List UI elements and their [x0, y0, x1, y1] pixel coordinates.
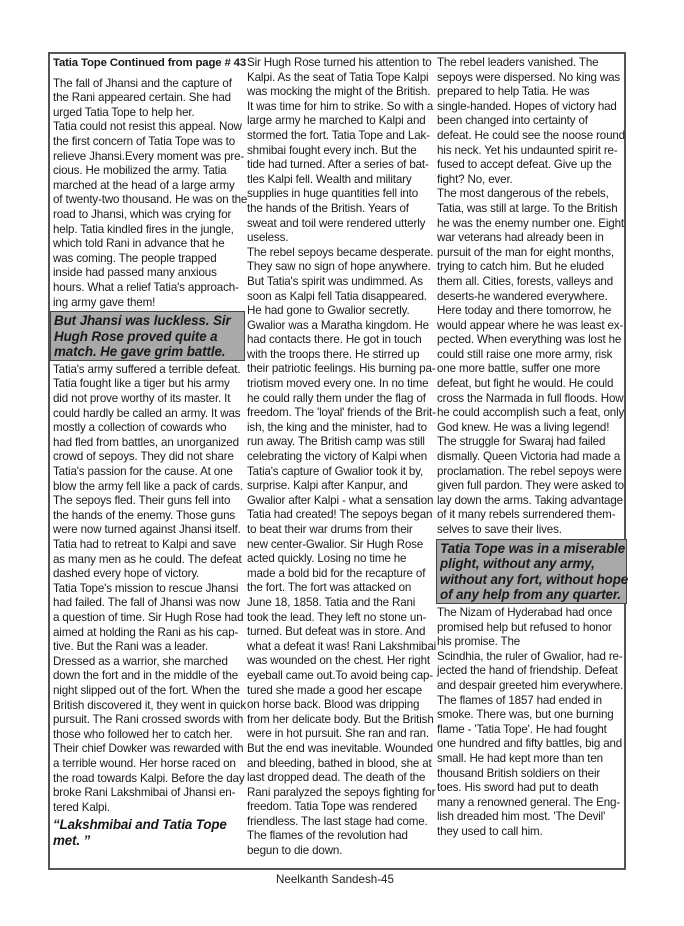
text-line: inside had passed many anxious: [53, 266, 245, 281]
text-line: mostly a collection of cowards who: [53, 421, 245, 436]
text-line: relieve Jhansi.Every moment was pre-: [53, 150, 245, 165]
text-line: The struggle for Swaraj had failed: [437, 435, 625, 450]
text-line: “Lakshmibai and Tatia Tope: [53, 817, 245, 833]
text-line: Tatia could not resist this appeal. Now: [53, 120, 245, 135]
text-line: The most dangerous of the rebels,: [437, 187, 625, 202]
text-line: soon as Kalpi fell Tatia disappeared.: [247, 290, 434, 305]
text-line: shmibai fought every inch. But the: [247, 144, 434, 159]
text-line: acted quickly. Losing no time he: [247, 552, 434, 567]
text-line: But Tatia's spirit was undimmed. As: [247, 275, 434, 290]
text-line: jected the hand of friendship. Defeat: [437, 664, 625, 679]
text-line: did not prove worthy of its master. It: [53, 392, 245, 407]
text-line: night slipped out of the fort. When the: [53, 684, 245, 699]
text-line: defeat, but fight he would. He could: [437, 377, 625, 392]
text-line: freedom. The 'loyal' friends of the Brit…: [247, 406, 434, 421]
text-line: help. Tatia kindled fires in the jungle,: [53, 223, 245, 238]
text-line: could hardly be called an army. It was: [53, 407, 245, 422]
text-line: given full pardon. They were asked to: [437, 479, 625, 494]
text-line: tles Kalpi fell. Wealth and military: [247, 173, 434, 188]
text-line: ish, the king and the minister, had to: [247, 421, 434, 436]
text-line: the hands of the enemy. Those guns: [53, 509, 245, 524]
text-line: tured she made a good her escape: [247, 684, 434, 699]
col2-body: Sir Hugh Rose turned his attention toKal…: [247, 56, 434, 859]
column-2: Sir Hugh Rose turned his attention toKal…: [247, 56, 434, 859]
text-line: and despair greeted him everywhere.: [437, 679, 625, 694]
text-line: trying to catch him. But he eluded: [437, 260, 625, 275]
text-line: was mocking the might of the British.: [247, 85, 434, 100]
text-line: dismally. Queen Victoria had made a: [437, 450, 625, 465]
text-line: last dropped dead. The death of the: [247, 771, 434, 786]
text-line: thousand British soldiers on their: [437, 767, 625, 782]
pull-quote-jhansi: But Jhansi was luckless. SirHugh Rose pr…: [50, 311, 245, 361]
text-line: Scindhia, the ruler of Gwalior, had re-: [437, 650, 625, 665]
text-line: The flames of 1857 had ended in: [437, 694, 625, 709]
text-line: and bleeding, bathed in blood, she at: [247, 757, 434, 772]
text-line: had fled from battles, an unorganized: [53, 436, 245, 451]
text-line: It was time for him to strike. So with a: [247, 100, 434, 115]
text-line: Tatia Tope was in a miserable: [440, 541, 623, 557]
text-line: flame - 'Tatia Tope'. He had fought: [437, 723, 625, 738]
text-line: triotism moved every one. In no time: [247, 377, 434, 392]
text-line: Tatia, was still at large. To the Britis…: [437, 202, 625, 217]
column-3: The rebel leaders vanished. Thesepoys we…: [437, 56, 625, 839]
text-line: cross the Narmada in full floods. How: [437, 392, 625, 407]
text-line: were now turned against Jhansi itself.: [53, 523, 245, 538]
text-line: on horse back. Blood was dripping: [247, 698, 434, 713]
text-line: blow the army fell like a pack of cards.: [53, 480, 245, 495]
text-line: But the end was inevitable. Wounded: [247, 742, 434, 757]
text-line: small. He had kept more than ten: [437, 752, 625, 767]
text-line: June 18, 1858. Tatia and the Rani: [247, 596, 434, 611]
text-line: supplies in huge quantities fell into: [247, 187, 434, 202]
text-line: toes. His sword had put to death: [437, 781, 625, 796]
text-line: his neck. Yet his undaunted spirit re-: [437, 144, 625, 159]
text-line: lay down the arms. Taking advantage: [437, 494, 625, 509]
text-line: sepoys were dispersed. No king was: [437, 71, 625, 86]
text-line: tive. But the Rani was a leader.: [53, 640, 245, 655]
text-line: with the troops there. He stirred up: [247, 348, 434, 363]
text-line: made a bold bid for the recapture of: [247, 567, 434, 582]
col3-body-a: The rebel leaders vanished. Thesepoys we…: [437, 56, 625, 538]
text-line: The flames of the revolution had: [247, 829, 434, 844]
text-line: without any fort, without hope: [440, 572, 623, 588]
text-line: his promise. The: [437, 635, 625, 650]
text-line: British discovered it, they went in quic…: [53, 699, 245, 714]
text-line: friendless. The last stage had come.: [247, 815, 434, 830]
page-footer: Neelkanth Sandesh-45: [276, 873, 394, 886]
text-line: They saw no sign of hope anywhere.: [247, 260, 434, 275]
text-line: lish dreaded him most. 'The Devil': [437, 810, 625, 825]
text-line: one more battle, suffer one more: [437, 362, 625, 377]
text-line: Here today and there tomorrow, he: [437, 304, 625, 319]
text-line: the hands of the British. Years of: [247, 202, 434, 217]
text-line: plight, without any army,: [440, 556, 623, 572]
text-line: were in hot pursuit. She ran and ran.: [247, 727, 434, 742]
text-line: turned. But defeat was in store. And: [247, 625, 434, 640]
text-line: he was the enemy number one. Eight: [437, 217, 625, 232]
text-line: fight? No, ever.: [437, 173, 625, 188]
text-line: run away. The British camp was still: [247, 435, 434, 450]
text-line: down the fort and in the middle of the: [53, 669, 245, 684]
text-line: pected. When everything was lost he: [437, 333, 625, 348]
text-line: as many men as he could. The defeat: [53, 553, 245, 568]
text-line: broke Rani Lakshmibai of Jhansi en-: [53, 786, 245, 801]
text-line: of any help from any quarter.: [440, 587, 623, 603]
text-line: smoke. There was, but one burning: [437, 708, 625, 723]
text-line: ing army gave them!: [53, 296, 245, 311]
text-line: had failed. The fall of Jhansi was now: [53, 596, 245, 611]
text-line: Tatia's army suffered a terrible defeat.: [53, 363, 245, 378]
text-line: defeat. He could see the noose round: [437, 129, 625, 144]
text-line: The Nizam of Hyderabad had once: [437, 606, 625, 621]
col3-body-b: The Nizam of Hyderabad had oncepromised …: [437, 606, 625, 840]
text-line: Rani paralyzed the sepoys fighting for: [247, 786, 434, 801]
text-line: stormed the fort. Tatia Tope and Lak-: [247, 129, 434, 144]
text-line: surprise. Kalpi after Kanpur, and: [247, 479, 434, 494]
text-line: them all. Cities, forests, valleys and: [437, 275, 625, 290]
text-line: could still raise one more army, risk: [437, 348, 625, 363]
closing-quote: “Lakshmibai and Tatia Topemet. ”: [53, 817, 245, 848]
text-line: met. ”: [53, 833, 245, 849]
text-line: The sepoys fled. Their guns fell into: [53, 494, 245, 509]
text-line: pursuit of the man for eight months,: [437, 246, 625, 261]
article-frame: Tatia Tope Continued from page # 43 The …: [48, 52, 626, 870]
text-line: selves to save their lives.: [437, 523, 625, 538]
text-line: But Jhansi was luckless. Sir: [54, 313, 241, 329]
text-line: Sir Hugh Rose turned his attention to: [247, 56, 434, 71]
text-line: deserts-he wandered everywhere.: [437, 290, 625, 305]
text-line: He had gone to Gwalior secretly.: [247, 304, 434, 319]
text-line: many a renowned general. The Eng-: [437, 796, 625, 811]
text-line: was wounded on the chest. Her right: [247, 654, 434, 669]
text-line: aimed at holding the Rani as his cap-: [53, 626, 245, 641]
col1-body-b: Tatia's army suffered a terrible defeat.…: [53, 363, 245, 815]
text-line: from her delicate body. But the British: [247, 713, 434, 728]
text-line: they used to call him.: [437, 825, 625, 840]
text-line: fused to accept defeat. Give up the: [437, 158, 625, 173]
text-line: hours. What a relief Tatia's approach-: [53, 281, 245, 296]
text-line: of it many rebels surrendered them-: [437, 508, 625, 523]
text-line: the fort. The fort was attacked on: [247, 581, 434, 596]
text-line: The fall of Jhansi and the capture of: [53, 77, 245, 92]
text-line: those who followed her to catch her.: [53, 728, 245, 743]
col1-body-a: The fall of Jhansi and the capture ofthe…: [53, 77, 245, 311]
text-line: freedom. Tatia Tope was rendered: [247, 800, 434, 815]
text-line: cious. He mobilized the army. Tatia: [53, 164, 245, 179]
text-line: Kalpi. As the seat of Tatia Tope Kalpi: [247, 71, 434, 86]
text-line: to beat their war drums from their: [247, 523, 434, 538]
text-line: he could accomplish such a feat, only: [437, 406, 625, 421]
text-line: Tatia's passion for the cause. At one: [53, 465, 245, 480]
text-line: The rebel leaders vanished. The: [437, 56, 625, 71]
text-line: he could rally them under the flag of: [247, 392, 434, 407]
text-line: a terrible wound. Her horse raced on: [53, 757, 245, 772]
text-line: what a defeat it was! Rani Lakshmibai: [247, 640, 434, 655]
text-line: proclamation. The rebel sepoys were: [437, 465, 625, 480]
text-line: God knew. He was a living legend!: [437, 421, 625, 436]
pull-quote-miserable-plight: Tatia Tope was in a miserableplight, wit…: [436, 539, 627, 604]
text-line: dashed every hope of victory.: [53, 567, 245, 582]
text-line: Tatia fought like a tiger but his army: [53, 377, 245, 392]
text-line: useless.: [247, 231, 434, 246]
text-line: celebrating the victory of Kalpi when: [247, 450, 434, 465]
column-1: Tatia Tope Continued from page # 43 The …: [53, 56, 245, 848]
text-line: pursuit. The Rani crossed swords with: [53, 713, 245, 728]
text-line: new center-Gwalior. Sir Hugh Rose: [247, 538, 434, 553]
text-line: Tatia Tope's mission to rescue Jhansi: [53, 582, 245, 597]
text-line: Hugh Rose proved quite a: [54, 329, 241, 345]
text-line: match. He gave grim battle.: [54, 344, 241, 360]
text-line: eyeball came out.To avoid being cap-: [247, 669, 434, 684]
text-line: had contacts there. He got in touch: [247, 333, 434, 348]
text-line: Gwalior after Kalpi - what a sensation: [247, 494, 434, 509]
text-line: a question of time. Sir Hugh Rose had: [53, 611, 245, 626]
text-line: was coming. The people trapped: [53, 252, 245, 267]
text-line: promised help but refused to honor: [437, 621, 625, 636]
text-line: of twenty-two thousand. He was on the: [53, 193, 245, 208]
text-line: took the lead. They left no stone un-: [247, 611, 434, 626]
text-line: Tatia had to retreat to Kalpi and save: [53, 538, 245, 553]
text-line: Tatia's capture of Gwalior took it by,: [247, 465, 434, 480]
text-line: the road towards Kalpi. Before the day: [53, 772, 245, 787]
text-line: would appear where he was least ex-: [437, 319, 625, 334]
text-line: the Rani appeared certain. She had: [53, 91, 245, 106]
text-line: Their chief Dowker was rewarded with: [53, 742, 245, 757]
text-line: their patriotic feelings. His burning pa…: [247, 362, 434, 377]
text-line: The rebel sepoys became desperate.: [247, 246, 434, 261]
text-line: which told Rani in advance that he: [53, 237, 245, 252]
text-line: urged Tatia Tope to help her.: [53, 106, 245, 121]
text-line: been changed into certainty of: [437, 114, 625, 129]
text-line: marched at the head of a large army: [53, 179, 245, 194]
text-line: the first concern of Tatia Tope was to: [53, 135, 245, 150]
text-line: war veterans had already been in: [437, 231, 625, 246]
text-line: large army he marched to Kalpi and: [247, 114, 434, 129]
continued-heading: Tatia Tope Continued from page # 43: [53, 56, 245, 71]
text-line: road to Jhansi, which was crying for: [53, 208, 245, 223]
text-line: prepared to help Tatia. He was: [437, 85, 625, 100]
text-line: single-handed. Hopes of victory had: [437, 100, 625, 115]
text-line: Gwalior was a Maratha kingdom. He: [247, 319, 434, 334]
text-line: crowd of sepoys. They did not share: [53, 450, 245, 465]
text-line: Tatia had created! The sepoys began: [247, 508, 434, 523]
text-line: Dressed as a warrior, she marched: [53, 655, 245, 670]
text-line: tered Kalpi.: [53, 801, 245, 816]
text-line: sweat and toil were rendered utterly: [247, 217, 434, 232]
text-line: begun to die down.: [247, 844, 434, 859]
text-line: one hundred and fifty battles, big and: [437, 737, 625, 752]
text-line: tide had turned. After a series of bat-: [247, 158, 434, 173]
